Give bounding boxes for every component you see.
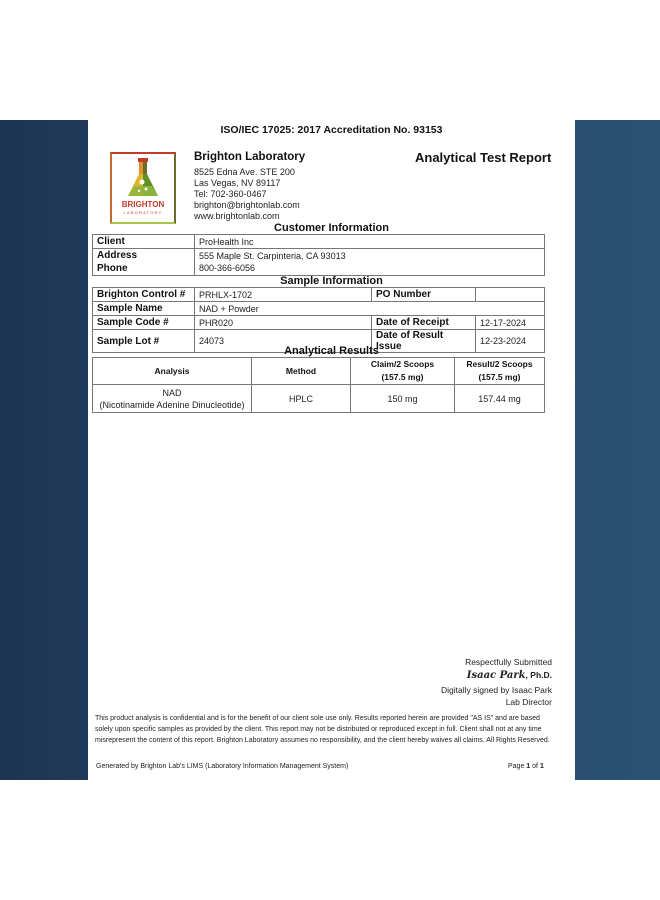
address-value: 555 Maple St. Carpinteria, CA 93013 xyxy=(199,250,540,262)
receipt-value: 12-17-2024 xyxy=(476,316,545,330)
lab-address-2: Las Vegas, NV 89117 xyxy=(194,178,280,188)
result-value: 157.44 mg xyxy=(455,385,545,413)
sample-table: Brighton Control # PRHLX-1702 PO Number … xyxy=(92,287,545,353)
lab-tel: Tel: 702-360-0467 xyxy=(194,189,267,199)
results-table: Analysis Method Claim/2 Scoops (157.5 mg… xyxy=(92,357,545,413)
table-row: Brighton Control # PRHLX-1702 PO Number xyxy=(93,288,545,302)
signer-role: Lab Director xyxy=(506,697,552,707)
disclaimer-text: This product analysis is confidential an… xyxy=(95,713,555,746)
customer-table: Client ProHealth Inc Address Phone 555 M… xyxy=(92,234,545,276)
table-row: Sample Name NAD + Powder xyxy=(93,302,545,316)
footer-generated: Generated by Brighton Lab's LIMS (Labora… xyxy=(96,763,348,770)
lab-name: Brighton Laboratory xyxy=(194,151,305,163)
method-value: HPLC xyxy=(252,385,351,413)
submitted-text: Respectfully Submitted xyxy=(465,657,552,667)
lab-address-1: 8525 Edna Ave. STE 200 xyxy=(194,167,295,177)
accreditation-header: ISO/IEC 17025: 2017 Accreditation No. 93… xyxy=(88,124,575,136)
sample-section-title: Sample Information xyxy=(88,275,575,287)
results-header-row: Analysis Method Claim/2 Scoops (157.5 mg… xyxy=(93,358,545,385)
client-value: ProHealth Inc xyxy=(195,235,545,249)
claim-header-sub: (157.5 mg) xyxy=(355,371,450,384)
sample-name-value: NAD + Powder xyxy=(195,302,545,316)
brighton-logo: BRIGHTON LABORATORY xyxy=(110,152,176,224)
lab-website[interactable]: www.brightonlab.com xyxy=(194,211,280,221)
lab-email[interactable]: brighton@brightonlab.com xyxy=(194,200,300,210)
signature-block: Isaac Park, Ph.D. xyxy=(467,670,552,681)
flask-icon xyxy=(112,156,174,202)
analysis-header: Analysis xyxy=(93,358,252,385)
method-header: Method xyxy=(252,358,351,385)
po-value xyxy=(476,288,545,302)
sample-name-label: Sample Name xyxy=(93,302,195,316)
client-label: Client xyxy=(93,235,195,249)
table-row: Address Phone 555 Maple St. Carpinteria,… xyxy=(93,249,545,276)
result-header: Result/2 Scoops xyxy=(459,358,540,371)
signature-suffix: , Ph.D. xyxy=(526,670,552,680)
logo-sub: LABORATORY xyxy=(112,210,174,215)
claim-value: 150 mg xyxy=(351,385,455,413)
signature-name: Isaac Park xyxy=(467,670,526,681)
analysis-name: NAD xyxy=(97,387,247,399)
address-label: Address xyxy=(97,249,190,262)
page-number: Page 1 of 1 xyxy=(508,763,544,770)
sample-code-label: Sample Code # xyxy=(93,316,195,330)
control-value: PRHLX-1702 xyxy=(195,288,372,302)
claim-header: Claim/2 Scoops xyxy=(355,358,450,371)
customer-section-title: Customer Information xyxy=(88,222,575,234)
sample-code-value: PHR020 xyxy=(195,316,372,330)
results-section-title: Analytical Results xyxy=(88,345,575,357)
phone-value: 800-366-6056 xyxy=(199,262,540,274)
receipt-label: Date of Receipt xyxy=(372,316,476,330)
logo-name: BRIGHTON xyxy=(112,200,174,209)
report-page: ISO/IEC 17025: 2017 Accreditation No. 93… xyxy=(88,120,575,780)
phone-label: Phone xyxy=(97,262,190,275)
result-header-sub: (157.5 mg) xyxy=(459,371,540,384)
table-row: NAD (Nicotinamide Adenine Dinucleotide) … xyxy=(93,385,545,413)
control-label: Brighton Control # xyxy=(93,288,195,302)
po-label: PO Number xyxy=(372,288,476,302)
table-row: Sample Code # PHR020 Date of Receipt 12-… xyxy=(93,316,545,330)
analysis-full-name: (Nicotinamide Adenine Dinucleotide) xyxy=(97,399,247,411)
digital-signature-text: Digitally signed by Isaac Park xyxy=(441,685,552,695)
table-row: Client ProHealth Inc xyxy=(93,235,545,249)
report-title: Analytical Test Report xyxy=(415,150,551,165)
